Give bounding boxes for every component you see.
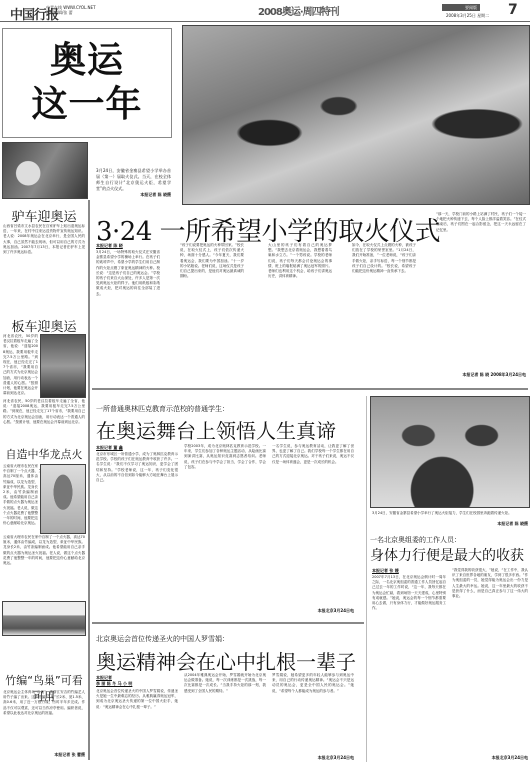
sidebar-story-1-title: 驴车迎奥运 [2, 206, 86, 225]
story-torch-col-1: 北京奥运会首位传递圣火的中国人罗雪娟说，传递圣火是她一生中最难忘的经历。从雅典赢… [96, 689, 178, 761]
hero-title-box: 奥运 这一年 [2, 28, 172, 138]
story-324-col-2: “孩子们说要把奥运的火种带回家。”校长说，在取火仪式上，孩子们依次传递火种，场面… [180, 243, 244, 378]
story-school-col-3: 一名学生说，参与奥运教育活动，让我更了解了世界，也更了解了自己。我们学校每一个学… [272, 444, 354, 604]
sidebar-story-2-title: 板车迎奥运 [2, 316, 86, 335]
sidebar-photo-handcart [40, 334, 86, 398]
masthead-info: 中青在线 WWW.CYOL.NET 本版编辑/张 蕾 [46, 5, 96, 15]
main-photo-flame-ceremony [182, 25, 530, 205]
story-324-col-4: 如今，在取火仪式上点燃的火种，被孩子们放在了学校的荣誉室里。“1月24日，我们开… [352, 243, 416, 378]
story-school-credit: 本报北京3月24日电 [272, 608, 354, 614]
sidebar-photo-dragon-torch [40, 464, 86, 534]
sidebar-divider [88, 200, 90, 760]
story-school-byline: 本报记者 董 鑫 [96, 445, 123, 451]
story-worker-byline: 本报记者 张 媛 [372, 568, 399, 574]
story-324-col-3: 大山里的孩子们有着自己的奥运梦想。“我想去北京看奥运会，我想看看鸟巢和水立方。”… [268, 243, 332, 378]
story-school-headline: 在奥运舞台上领悟人生真谛 [96, 415, 336, 444]
story-torch-col-2: 从2004年雅典奥运会开始，罗雪娟就开始为北京奥运会做准备。她说，每一次训练都是… [184, 673, 266, 761]
story-worker-col-1: 2007年7月13日，在北京奥运会倒计时一周年之际，一名北京奥组委的普通工作人员… [372, 575, 446, 761]
main-photo-credit: 本报记者 陈 晓摄 [96, 192, 171, 198]
story-torch-headline: 奥运精神会在心中扎根一辈子 [96, 646, 356, 675]
section-rule-1 [92, 388, 528, 390]
story-324-byline: 本报记者 陈 晓 [96, 243, 123, 249]
story-324-credit: 本报记者 陈 晓 2008年3月24日电 [436, 372, 526, 378]
main-photo-caption: 3月24日，安徽省金寨县希望小学举办首届（第一）届取火仪式。当天，在校全体师生自… [96, 168, 171, 198]
section-rule-2 [92, 622, 364, 624]
story-worker-col-2: “我觉得我的收获很大，”她说，“在工作中，我认识了来自世界各地的朋友，学到了很多… [452, 568, 528, 754]
story-worker-credit: 本报北京3月24日电 [452, 755, 528, 761]
story-torch-byline-2: 李 丽 陈 冬 马 小 明 [96, 681, 132, 687]
page-number: 7 [508, 2, 518, 18]
hero-title-line2: 这一年 [3, 83, 171, 127]
story-torch-col-3: 罗雪娟说，她希望更多的年轻人能够参与到奥运中来，用自己的行动传递奥运精神。“奥运… [272, 673, 354, 753]
story-324-col-1: 3月24日，一场特殊的取火仪式在安徽省金寨县希望小学的操场上举行。在孩子们的欢呼… [96, 250, 160, 378]
race-photo-caption: 3月24日，安徽省金寨县希望小学举行了奥运火炬接力，学生们在校园里奔跑着传递火炬… [372, 511, 528, 521]
section-label: 要闻版 [465, 5, 477, 11]
sidebar-story-2-body: 河北省农民，50岁的老汉拉着板车走遍了全省，他说：“迎接2008奥运，我要用板车… [3, 334, 38, 398]
story-school-col-2: 学校2003年，成为北京奥林匹克教育示范学校。一年来，学生们参加了各种奥运主题活… [184, 444, 266, 612]
story-worker-headline: 身体力行便是最大的收获 [370, 545, 524, 565]
story-torch-credit: 本报北京3月24日电 [272, 755, 354, 761]
sidebar-story-3-body-cont: 云南省大理市农民在家中自制了一个点火器，高达70厘米，通体由竹编成，以龙为造型，… [3, 535, 85, 579]
race-photo [370, 396, 530, 508]
column-divider [366, 396, 367, 762]
special-edition-logo: 2008奥运·周四特刊 [258, 3, 339, 18]
hero-title-line1: 奥运 [3, 39, 171, 83]
story-324-col-5: “那一天，学校门前的小路上站满了村民，孩子们一个接一个地把火种传递下去，每个人脸… [436, 212, 526, 372]
section-bar: 要闻版 [442, 4, 480, 11]
sidebar-story-1-body: 山西省吕梁市文水县农民在自家驴车上贴出迎奥运标语，一年来，在村中往来运送货物并宣… [3, 224, 85, 302]
story-school-kicker: 一所普通奥林匹克教育示范校的普通学生： [96, 404, 229, 414]
story-torch-kicker: 北京奥运会首位传递圣火的中国人罗雪娟： [96, 634, 229, 644]
sidebar-photo-bamboo-nest [2, 601, 86, 636]
issue-date: 2008年3月25日 星期二 [446, 13, 489, 19]
sidebar-story-4-body: 北京奥运会主体育场“鸟巢”，被浙江安吉的竹编艺人用竹子编了出来。这件竹编“鸟巢”… [3, 690, 85, 750]
sidebar-story-3-body: 云南省大理市农民在家中自制了一个点火器，高达70厘米，通体由竹编成，以龙为造型，… [3, 464, 38, 534]
sidebar-photo-donkey-cart [2, 142, 88, 199]
race-photo-credit: 本报记者 陈 晓摄 [372, 521, 528, 527]
story-school-col-1: 北京市东城区一所普通小学，成为了奥林匹克教育示范学校。学校的孩子们在奥运教育中收… [96, 452, 178, 612]
story-worker-kicker: 一名北京奥组委的工作人员： [370, 535, 461, 545]
editor-line: 本版编辑/张 蕾 [46, 10, 96, 15]
sidebar-story-2-body-cont: 河北省农民，50岁的老汉拉着板车走遍了全省，他说：“迎接2008奥运，我要用板车… [3, 399, 85, 433]
sidebar-story-4-credit: 本报记者 张 蕾摄 [3, 752, 85, 758]
